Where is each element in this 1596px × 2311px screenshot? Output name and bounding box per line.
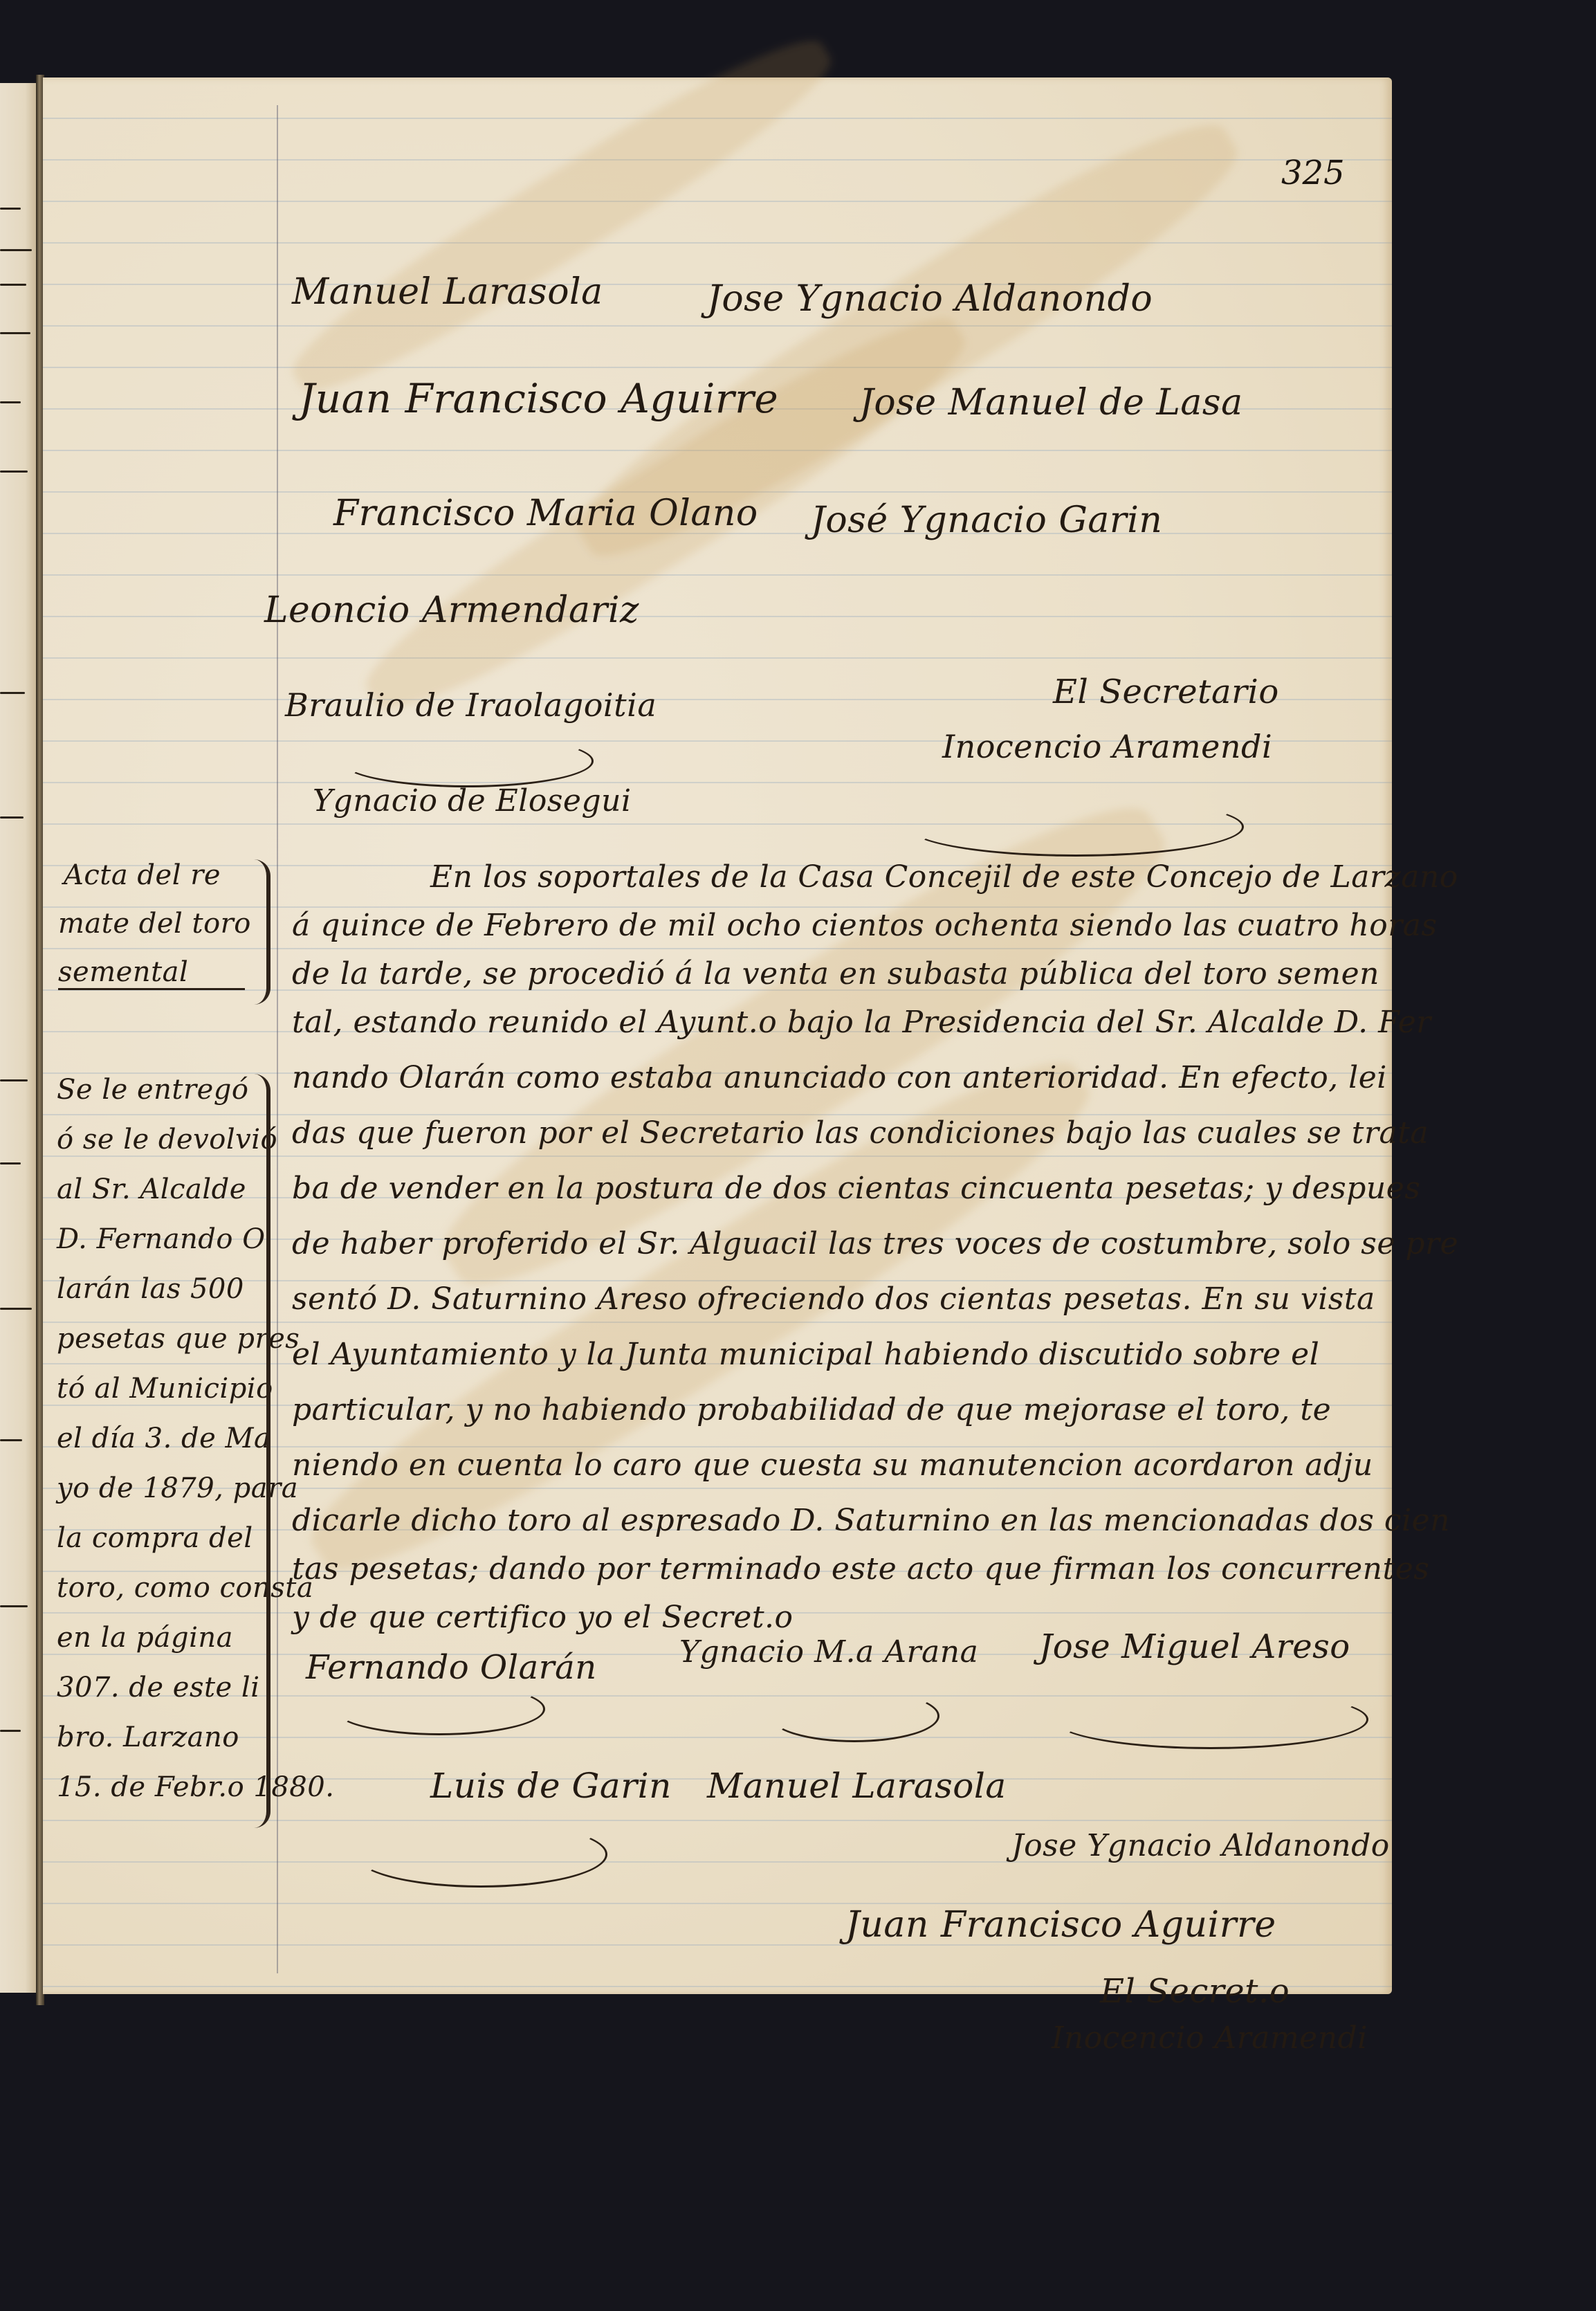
ink-stroke [0, 208, 21, 210]
body-line: ba de vender en la postura de dos cienta… [292, 1171, 1420, 1206]
margin-rule [277, 105, 278, 1973]
body-line: particular, y no habiendo probabilidad d… [292, 1392, 1331, 1427]
signature-ygnacio-de-elosegui: Ygnacio de Elosegui [313, 783, 632, 819]
facing-page-edge [0, 83, 38, 1993]
signature-fernando-olaran: Fernando Olarán [306, 1648, 597, 1687]
margin-title-line: semental [58, 956, 245, 990]
page-number: 325 [1281, 154, 1345, 192]
manuscript-page: 325 Manuel Larasola Jose Ygnacio Aldanon… [43, 77, 1392, 1994]
signature-jose-ygnacio-aldanondo-bottom: Jose Ygnacio Aldanondo [1011, 1828, 1390, 1863]
ink-stroke [0, 1439, 22, 1441]
margin-title-line: Acta del re [64, 859, 221, 891]
margin-note-line: 307. de este li [57, 1672, 260, 1703]
body-line: das que fueron por el Secretario las con… [292, 1115, 1429, 1151]
margin-note-line: tó al Municipio [57, 1373, 273, 1405]
signature-ygnacio-maria-arana: Ygnacio M.a Arana [679, 1634, 978, 1670]
signature-leoncio-armendariz: Leoncio Armendariz [264, 590, 639, 631]
secretary-title-top: El Secretario [1053, 673, 1279, 711]
signature-jose-ygnacio-garin: José Ygnacio Garin [811, 500, 1162, 541]
signature-manuel-larasola: Manuel Larasola [292, 271, 603, 313]
secretary-name-top: Inocencio Aramendi [942, 728, 1272, 765]
body-line: á quince de Febrero de mil ocho cientos … [292, 908, 1438, 943]
body-line: y de que certifico yo el Secret.o [292, 1600, 794, 1635]
signature-flourish [333, 1683, 545, 1735]
ink-stroke [0, 401, 21, 403]
signature-braulio-de-iraolagoitia: Braulio de Iraolagoitia [285, 686, 657, 724]
signature-jose-miguel-areso: Jose Miguel Areso [1039, 1627, 1350, 1666]
body-line: En los soportales de la Casa Concejil de… [430, 859, 1458, 895]
margin-brace [254, 859, 270, 1005]
margin-note-line: Se le entregó [57, 1074, 248, 1106]
signature-manuel-larasola-bottom: Manuel Larasola [707, 1766, 1007, 1806]
margin-note-line: al Sr. Alcalde [57, 1173, 246, 1205]
margin-note-line: ó se le devolvió [57, 1124, 277, 1155]
margin-note-brace [254, 1074, 270, 1828]
ink-stroke [0, 471, 28, 473]
margin-note-line: el día 3. de Ma [57, 1423, 270, 1454]
secretary-title-bottom: El Secret.o [1100, 1972, 1290, 2011]
ink-stroke [0, 1079, 28, 1081]
margin-note-line: larán las 500 [57, 1273, 244, 1305]
ink-stroke [0, 249, 32, 251]
margin-note-line: D. Fernando O [57, 1223, 266, 1255]
margin-note-line: en la página [57, 1622, 233, 1654]
signature-flourish [769, 1690, 939, 1742]
signature-flourish [340, 735, 594, 787]
signature-jose-ygnacio-aldanondo: Jose Ygnacio Aldanondo [707, 278, 1153, 320]
ink-stroke [0, 332, 30, 334]
signature-jose-manuel-de-lasa: Jose Manuel de Lasa [859, 382, 1243, 423]
body-line: el Ayuntamiento y la Junta municipal hab… [292, 1337, 1319, 1372]
body-line: de haber proferido el Sr. Alguacil las t… [292, 1226, 1458, 1261]
secretary-name-bottom: Inocencio Aramendi [1052, 2020, 1368, 2056]
paper-stain [276, 16, 848, 417]
margin-note-line: bro. Larzano [57, 1721, 239, 1753]
signature-luis-de-garin: Luis de Garin [430, 1766, 672, 1806]
body-line: sentó D. Saturnino Areso ofreciendo dos … [292, 1281, 1375, 1317]
body-line: tas pesetas; dando por terminado este ac… [292, 1551, 1429, 1587]
signature-flourish [1053, 1690, 1368, 1749]
signature-francisco-maria-olano: Francisco Maria Olano [333, 493, 758, 534]
signature-juan-francisco-aguirre-bottom: Juan Francisco Aguirre [845, 1904, 1276, 1946]
ink-stroke [0, 816, 24, 819]
ink-stroke [0, 692, 25, 694]
margin-note-line: la compra del [57, 1522, 253, 1554]
body-line: nando Olarán como estaba anunciado con a… [292, 1060, 1387, 1095]
signature-juan-francisco-aguirre: Juan Francisco Aguirre [299, 375, 778, 422]
ink-stroke [0, 284, 26, 286]
ink-stroke [0, 1162, 21, 1164]
signature-flourish [354, 1821, 607, 1888]
body-line: niendo en cuenta lo caro que cuesta su m… [292, 1447, 1373, 1483]
ink-stroke [0, 1730, 21, 1732]
margin-title-line: mate del toro [58, 908, 251, 940]
margin-note-line: toro, como consta [57, 1572, 313, 1604]
margin-note-line: 15. de Febr.o 1880. [57, 1771, 334, 1803]
body-line: dicarle dicho toro al espresado D. Satur… [292, 1503, 1450, 1538]
body-line: de la tarde, se procedió á la venta en s… [292, 956, 1379, 992]
body-line: tal, estando reunido el Ayunt.o bajo la … [292, 1005, 1431, 1040]
secretary-flourish [908, 797, 1244, 857]
ink-stroke [0, 1308, 32, 1310]
ink-stroke [0, 1605, 28, 1607]
